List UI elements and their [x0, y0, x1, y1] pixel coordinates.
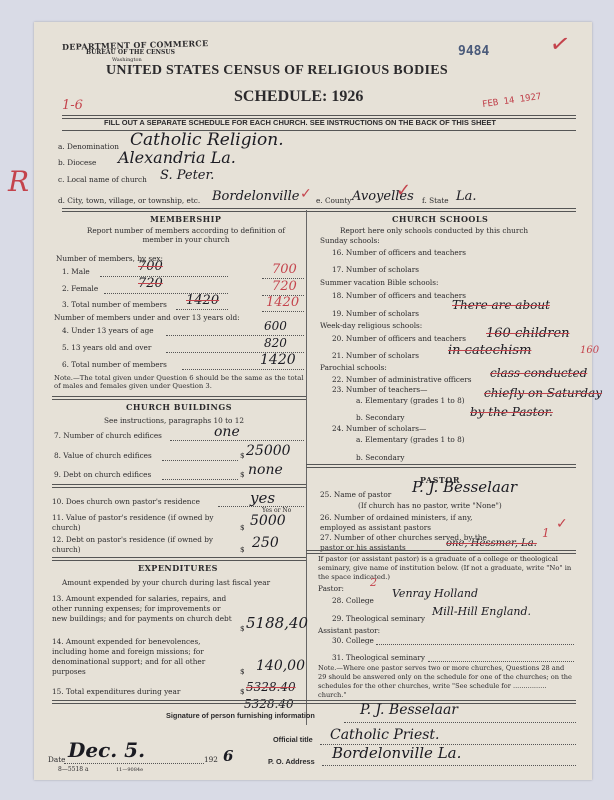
schedule-title: SCHEDULE: 1926	[234, 88, 363, 106]
residence-value-label: 11. Value of pastor's residence (if owne…	[52, 513, 237, 533]
assistant-ministers-label: 26. Number of ordained ministers, if any…	[320, 513, 490, 533]
pastor-name-label: 25. Name of pastor	[320, 490, 391, 499]
q18-label: 18. Number of officers and teachers	[332, 291, 466, 300]
under-13-label: 4. Under 13 years of age	[62, 326, 154, 335]
divider	[62, 208, 576, 212]
owns-residence-field[interactable]: yes	[250, 489, 275, 507]
denomination-field[interactable]: Catholic Religion.	[130, 130, 284, 150]
membership-subtitle: Report number of members according to de…	[76, 226, 296, 244]
over-13-label: 5. 13 years old and over	[62, 343, 151, 352]
divider	[52, 700, 576, 704]
pastor-subheading: Pastor:	[318, 584, 344, 593]
male-count[interactable]: 700	[272, 262, 297, 277]
under-13-count[interactable]: 600	[264, 319, 287, 333]
diocese-field[interactable]: Alexandria La.	[118, 148, 236, 167]
schools-note-line: class conducted	[490, 366, 587, 380]
q19-label: 19. Number of scholars	[332, 309, 419, 318]
margin-note: 1-6	[62, 98, 83, 113]
divider	[52, 557, 306, 561]
q20-label: 20. Number of officers and teachers	[332, 334, 466, 343]
divider	[52, 396, 306, 400]
county-label: e. County	[316, 196, 351, 205]
q23a-label: a. Elementary (grades 1 to 8)	[356, 396, 465, 405]
total-written: 1420	[186, 293, 219, 308]
church-name-field[interactable]: S. Peter.	[160, 168, 214, 183]
checkmark-icon: ✓	[300, 186, 312, 202]
edifices-value-field[interactable]: 25000	[246, 443, 291, 459]
divider	[306, 464, 576, 468]
total-members-6-label: 6. Total number of members	[62, 360, 167, 369]
city-label: d. City, town, village, or township, etc…	[58, 196, 200, 205]
weekday-schools-label: Week-day religious schools:	[320, 321, 422, 330]
schools-note-line: by the Pastor.	[470, 405, 553, 419]
church-buildings-heading: CHURCH BUILDINGS	[126, 402, 232, 412]
benevolences-label: 14. Amount expended for benevolences, in…	[52, 637, 237, 677]
q24a-label: a. Elementary (grades 1 to 8)	[356, 435, 465, 444]
year-digit-field[interactable]: 6	[223, 747, 233, 765]
church-schools-heading: CHURCH SCHOOLS	[392, 214, 488, 224]
state-field[interactable]: La.	[456, 189, 477, 204]
signature-label: Signature of person furnishing informati…	[166, 711, 315, 720]
date-label: Date	[48, 755, 65, 764]
other-churches-field[interactable]: one, Hessmer, La.	[446, 538, 537, 549]
po-address-field[interactable]: Bordelonville La.	[332, 744, 461, 762]
over-13-count[interactable]: 820	[264, 336, 287, 350]
edifices-debt-label: 9. Debt on church edifices	[54, 470, 151, 479]
q24b-label: b. Secondary	[356, 453, 404, 462]
graduate-note: If pastor (or assistant pastor) is a gra…	[318, 555, 574, 582]
college-label: 28. College	[332, 596, 374, 605]
church-name-label: c. Local name of church	[58, 175, 147, 184]
total-expenditures-label: 15. Total expenditures during year	[52, 687, 180, 696]
edifices-debt-field[interactable]: none	[248, 462, 283, 478]
male-written: 700	[138, 259, 163, 274]
city-field[interactable]: Bordelonville	[212, 189, 299, 204]
signature-field[interactable]: P. J. Besselaar	[360, 702, 458, 718]
residence-value-field[interactable]: 5000	[250, 513, 286, 529]
seminary-label: 29. Theological seminary	[332, 614, 425, 623]
schools-red-count: 160	[580, 345, 599, 356]
q17-label: 17. Number of scholars	[332, 265, 419, 274]
running-expenses-field[interactable]: 5188,40	[246, 614, 308, 632]
margin-r-mark: R	[8, 165, 29, 198]
membership-note: Note.—The total given under Question 6 s…	[54, 374, 304, 390]
pastor-red-mark: 2	[370, 576, 377, 589]
total-members-6-count[interactable]: 1420	[260, 352, 296, 368]
summer-schools-label: Summer vacation Bible schools:	[320, 278, 438, 287]
currency-sign: $	[240, 451, 245, 460]
residence-debt-field[interactable]: 250	[252, 535, 279, 551]
edifices-count-label: 7. Number of church edifices	[54, 431, 162, 440]
total-members-label: 3. Total number of members	[62, 300, 167, 309]
female-label: 2. Female	[62, 284, 98, 293]
state-label: f. State	[422, 196, 449, 205]
owns-residence-label: 10. Does church own pastor's residence	[52, 497, 200, 506]
bureau-heading: BUREAU OF THE CENSUS	[86, 49, 175, 56]
church-schools-subtitle: Report here only schools conducted by th…	[340, 226, 528, 235]
parochial-schools-label: Parochial schools:	[320, 363, 387, 372]
currency-sign: $	[240, 470, 245, 479]
checkmark-icon: ✓	[556, 516, 568, 532]
male-label: 1. Male	[62, 267, 90, 276]
q16-label: 16. Number of officers and teachers	[332, 248, 466, 257]
checkmark-icon: ✓	[396, 180, 411, 201]
diocese-label: b. Diocese	[58, 158, 96, 167]
asst-college-label: 30. College	[332, 636, 374, 645]
q22-label: 22. Number of administrative officers	[332, 375, 472, 384]
schools-note-line: There are about	[452, 298, 550, 312]
total-members-count[interactable]: 1420	[266, 295, 299, 310]
q23-label: 23. Number of teachers—	[332, 385, 427, 394]
sunday-schools-label: Sunday schools:	[320, 236, 380, 245]
currency-sign: $	[240, 687, 245, 696]
print-code: 11—9084e	[116, 767, 143, 773]
assistant-pastor-subheading: Assistant pastor:	[318, 626, 380, 635]
schools-note-line: chiefly on Saturday	[484, 386, 602, 400]
edifices-value-label: 8. Value of church edifices	[54, 451, 152, 460]
edifices-count-field[interactable]: one	[214, 424, 240, 440]
currency-sign: $	[240, 523, 245, 532]
year-prefix: 192	[204, 755, 218, 764]
official-title-label: Official title	[273, 735, 313, 744]
form-code: 8—5518 a	[58, 766, 89, 773]
membership-heading: MEMBERSHIP	[150, 214, 221, 224]
form-title: UNITED STATES CENSUS OF RELIGIOUS BODIES	[106, 63, 448, 79]
denomination-label: a. Denomination	[58, 142, 119, 151]
q24-label: 24. Number of scholars—	[332, 424, 426, 433]
official-title-field[interactable]: Catholic Priest.	[330, 727, 440, 743]
female-written: 720	[138, 276, 163, 291]
running-expenses-label: 13. Amount expended for salaries, repair…	[52, 594, 237, 624]
pastor-name-hint: (If church has no pastor, write "None")	[358, 501, 502, 510]
expenditures-subtitle: Amount expended by your church during la…	[62, 578, 270, 587]
pastor-name-field[interactable]: P. J. Besselaar	[412, 478, 517, 496]
date-field[interactable]: Dec. 5.	[68, 738, 145, 762]
q21-label: 21. Number of scholars	[332, 351, 419, 360]
pastor-note: Note.—Where one pastor serves two or mor…	[318, 664, 574, 700]
instruction-line: FILL OUT A SEPARATE SCHEDULE FOR EACH CH…	[104, 118, 496, 127]
po-address-label: P. O. Address	[268, 757, 315, 766]
other-churches-red: 1	[542, 526, 550, 540]
by-age-label: Number of members under and over 13 year…	[54, 313, 240, 322]
residence-debt-label: 12. Debt on pastor's residence (if owned…	[52, 535, 237, 555]
q23b-label: b. Secondary	[356, 413, 404, 422]
seminary-field[interactable]: Mill-Hill England.	[432, 605, 531, 618]
asst-seminary-label: 31. Theological seminary	[332, 653, 425, 662]
benevolences-field[interactable]: 140,00	[256, 658, 305, 674]
female-count[interactable]: 720	[272, 279, 297, 294]
schools-note-line: 160 children	[486, 326, 570, 341]
college-field[interactable]: Venray Holland	[392, 587, 478, 600]
serial-number-stamp: 9484	[458, 44, 489, 59]
divider	[306, 550, 576, 554]
total-expenditures-struck: 5328.40	[246, 680, 296, 694]
currency-sign: $	[240, 545, 245, 554]
currency-sign: $	[240, 624, 245, 633]
membership-subtitle-text: Report number of members according to de…	[76, 226, 296, 244]
expenditures-heading: EXPENDITURES	[138, 563, 218, 573]
currency-sign: $	[240, 667, 245, 676]
schools-note-line: in catechism	[448, 343, 531, 358]
divider	[52, 484, 306, 488]
